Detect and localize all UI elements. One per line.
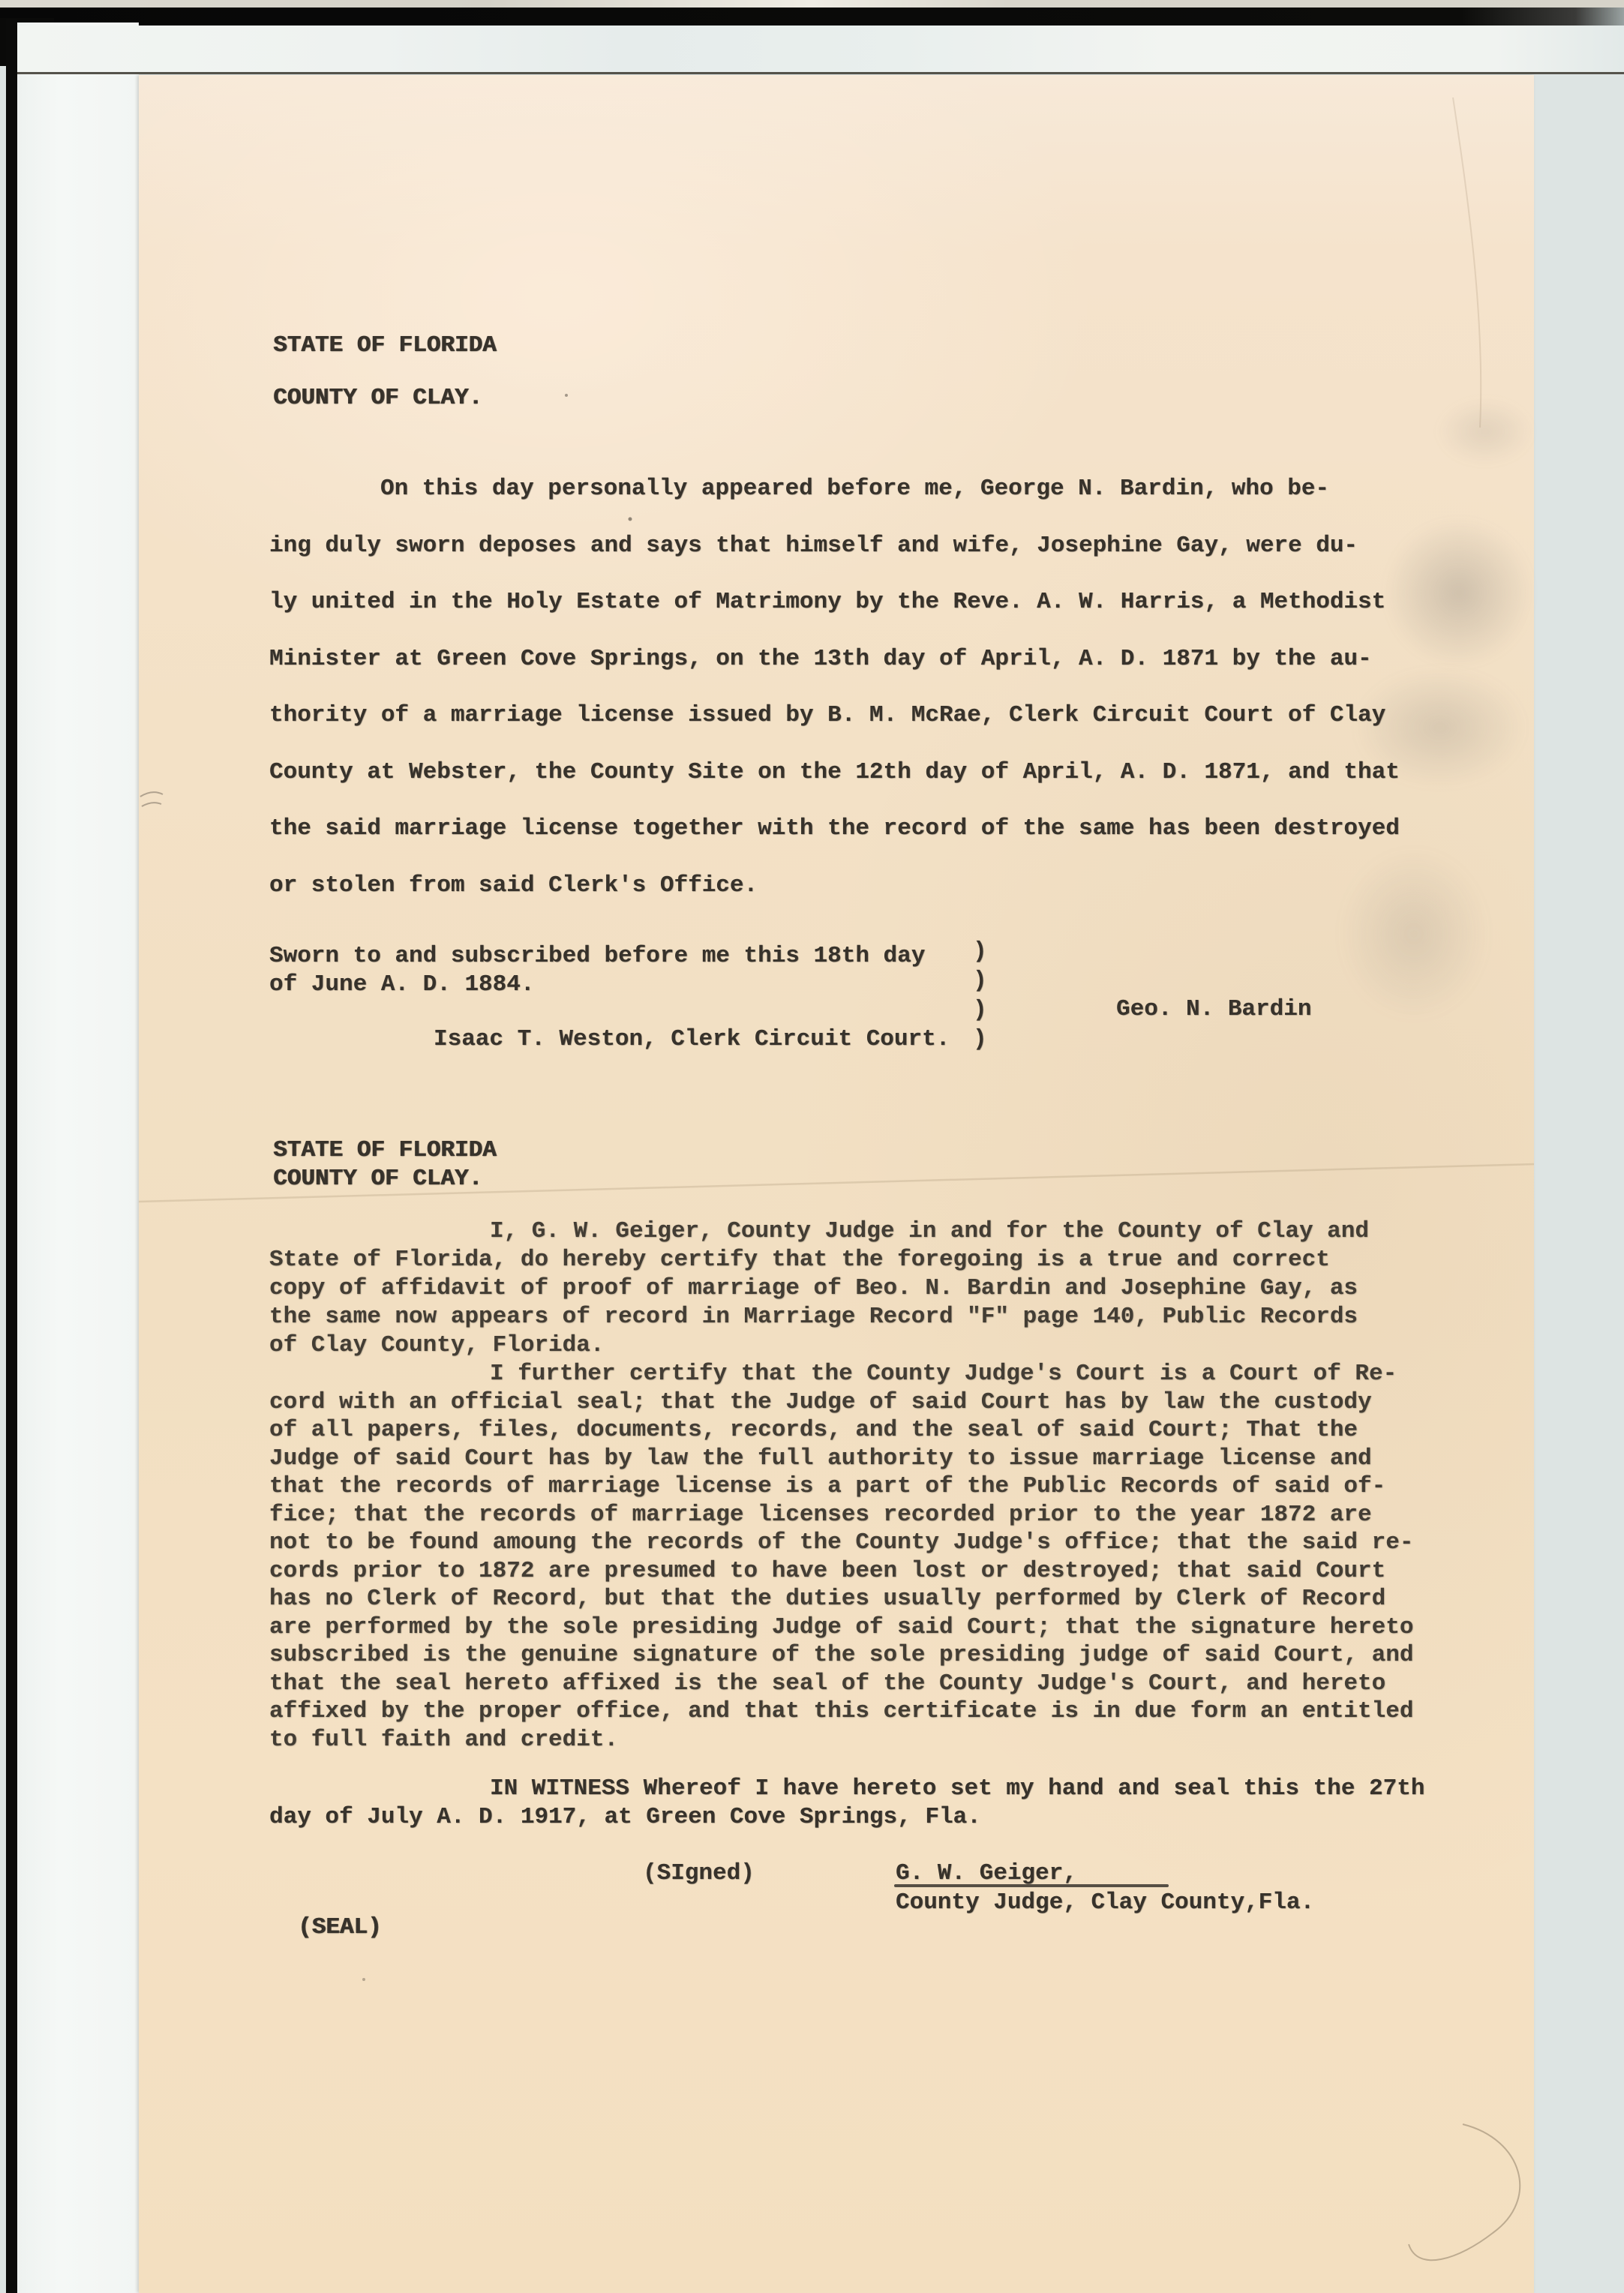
jurat-statement: Sworn to and subscribed before me this 1… [269,942,925,999]
certification-paragraph-1: I, G. W. Geiger, County Judge in and for… [269,1217,1484,1360]
scanner-top-strip [17,26,1624,74]
clerk-attestation: Isaac T. Weston, Clerk Circuit Court. [434,1025,950,1054]
certification-paragraph-2: I further certify that the County Judge'… [269,1360,1499,1754]
affidavit-paragraph: On this day personally appeared before m… [269,461,1454,914]
scanner-background: STATE OF FLORIDA COUNTY OF CLAY. On this… [0,0,1624,2293]
judge-title: County Judge, Clay County,Fla. [896,1889,1314,1917]
scan-top-black-band [0,8,1624,26]
certification-venue-heading: STATE OF FLORIDA COUNTY OF CLAY. [273,1136,497,1193]
witness-clause: IN WITNESS Whereof I have hereto set my … [269,1775,1484,1832]
scanned-document-page: STATE OF FLORIDA COUNTY OF CLAY. On this… [139,75,1534,2293]
signed-label: (SIgned) [643,1859,755,1888]
scanner-left-margin [17,23,139,2293]
scan-left-black-band [6,20,17,2293]
jurat-brackets: ) ) ) ) [973,937,987,1054]
affiant-signature: Geo. N. Bardin [1116,995,1311,1024]
signature-underline [894,1884,1169,1887]
venue-heading: STATE OF FLORIDA COUNTY OF CLAY. [273,320,497,425]
seal-notation: (SEAL) [298,1913,382,1942]
graphite-smudge [1436,398,1534,465]
